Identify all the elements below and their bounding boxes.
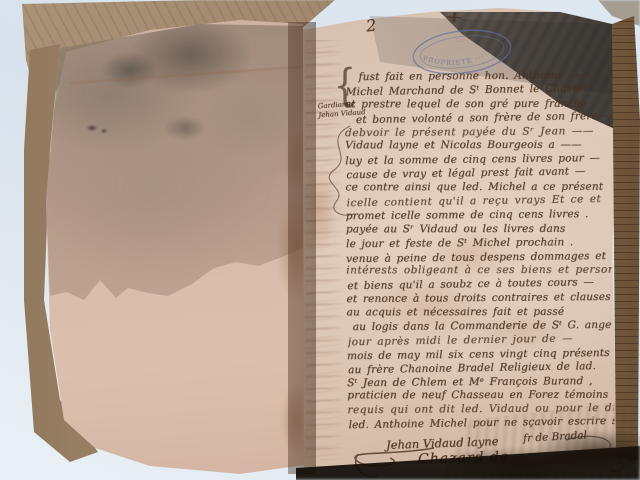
manuscript-text-block: fust fait en personne hon. Anthoine ——Mi… (344, 69, 613, 432)
left-page-tideline (70, 66, 302, 84)
manuscript-line: promet icelle somme de cinq cens livres … (346, 208, 612, 224)
folio-number: 2 (365, 16, 377, 36)
signature-flourish-right (560, 430, 640, 476)
manuscript-line: payée au Sʳ Vidaud ou les livres dans (346, 222, 612, 237)
manuscript-line: praticien de neuf Chasseau en Forez témo… (347, 389, 613, 404)
stamp-center-text: · · · · (455, 46, 468, 53)
signature-flourish-left (330, 440, 440, 480)
manuscript-photo: 2 + PROPRIETE ······ ····· · · · · { Gar… (0, 0, 640, 480)
manuscript-line: au acquis et nécessaires fait et passé (347, 306, 613, 321)
stamp-top-text: ····· (456, 39, 465, 46)
manuscript-line: le jour et feste de Sᵗ Michel prochain . (346, 236, 612, 252)
cross-mark: + (444, 7, 465, 26)
